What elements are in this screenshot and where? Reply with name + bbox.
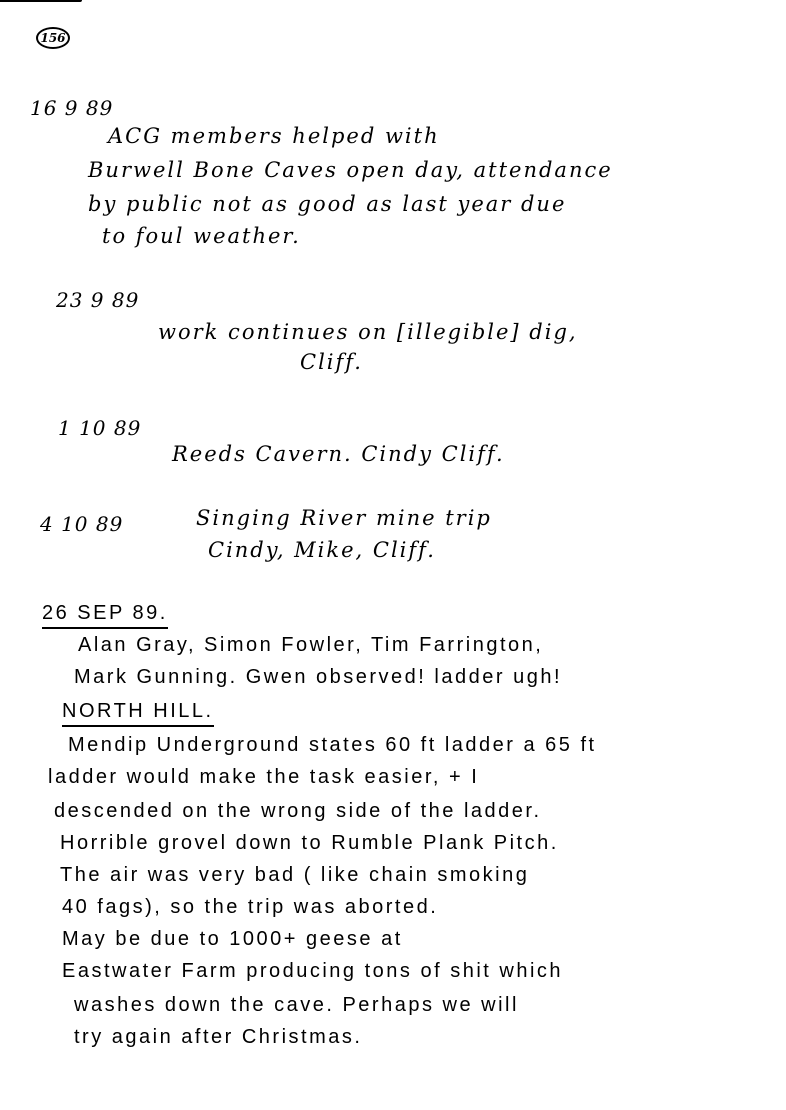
entry-date-underlined: 26 SEP 89. [42, 602, 168, 629]
body-line: The air was very bad ( like chain smokin… [60, 864, 529, 887]
body-line: descended on the wrong side of the ladde… [54, 800, 542, 823]
entry-line: Singing River mine trip [196, 506, 492, 530]
entry-line: Cindy, Mike, Cliff. [208, 538, 436, 562]
body-line: Horrible grovel down to Rumble Plank Pit… [60, 832, 559, 855]
entry-line: Reeds Cavern. Cindy Cliff. [172, 442, 505, 466]
body-line: Eastwater Farm producing tons of shit wh… [62, 960, 563, 983]
entry-line: work continues on [illegible] dig, [158, 320, 578, 344]
entry-line: Mark Gunning. Gwen observed! ladder ugh! [74, 666, 562, 689]
body-line: May be due to 1000+ geese at [62, 928, 403, 951]
entry-line: Alan Gray, Simon Fowler, Tim Farrington, [78, 634, 543, 657]
entry-line: to foul weather. [102, 224, 301, 248]
entry-date: 4 10 89 [40, 512, 123, 536]
scan-edge-mark [0, 0, 82, 2]
body-line: washes down the cave. Perhaps we will [74, 994, 519, 1017]
entry-line: Cliff. [300, 350, 363, 374]
entry-line: ACG members helped with [108, 124, 440, 148]
entry-date: 23 9 89 [56, 288, 139, 312]
scanned-page: 156 16 9 89 ACG members helped with Burw… [0, 0, 786, 1110]
body-line: try again after Christmas. [74, 1026, 362, 1049]
entry-date: 16 9 89 [30, 96, 113, 120]
section-heading: NORTH HILL. [62, 700, 214, 727]
body-line: Mendip Underground states 60 ft ladder a… [68, 734, 597, 757]
body-line: 40 fags), so the trip was aborted. [62, 896, 438, 919]
page-number-circle: 156 [36, 27, 70, 49]
body-line: ladder would make the task easier, + I [48, 766, 479, 789]
entry-line: by public not as good as last year due [88, 192, 566, 216]
entry-line: Burwell Bone Caves open day, attendance [88, 158, 613, 182]
entry-date: 1 10 89 [58, 416, 141, 440]
